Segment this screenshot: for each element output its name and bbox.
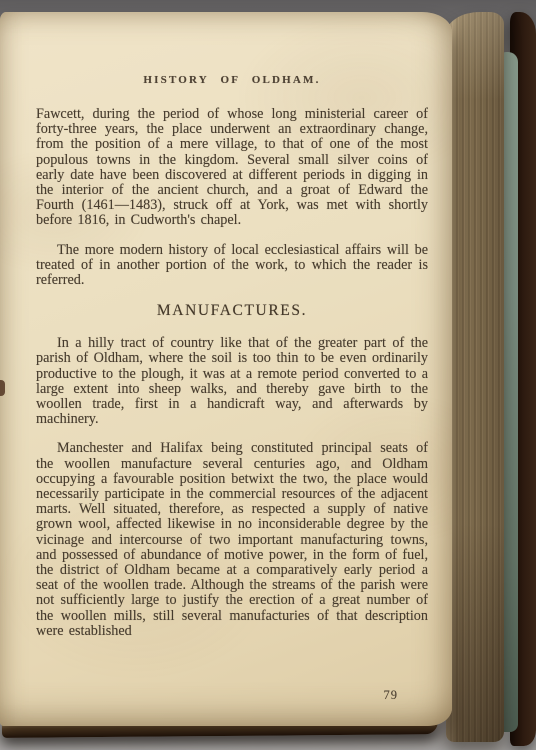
paragraph-hilly-tract: In a hilly tract of country like that of… <box>36 336 428 427</box>
page-text-block: HISTORY OF OLDHAM. Fawcett, during the p… <box>36 74 428 700</box>
book-page: HISTORY OF OLDHAM. Fawcett, during the p… <box>0 12 452 726</box>
left-edge-mark <box>0 380 5 396</box>
paragraph-modern-history: The more modern history of local ecclesi… <box>36 243 428 289</box>
running-header: HISTORY OF OLDHAM. <box>36 74 428 86</box>
page-number: 79 <box>384 688 399 703</box>
section-heading-manufactures: MANUFACTURES. <box>36 302 428 320</box>
book-photograph: HISTORY OF OLDHAM. Fawcett, during the p… <box>0 0 536 750</box>
paragraph-fawcett-ministry: Fawcett, during the period of whose long… <box>36 107 428 229</box>
page-block-fore-edge <box>446 12 504 742</box>
paragraph-manchester-halifax: Manchester and Halifax being constituted… <box>36 441 428 639</box>
